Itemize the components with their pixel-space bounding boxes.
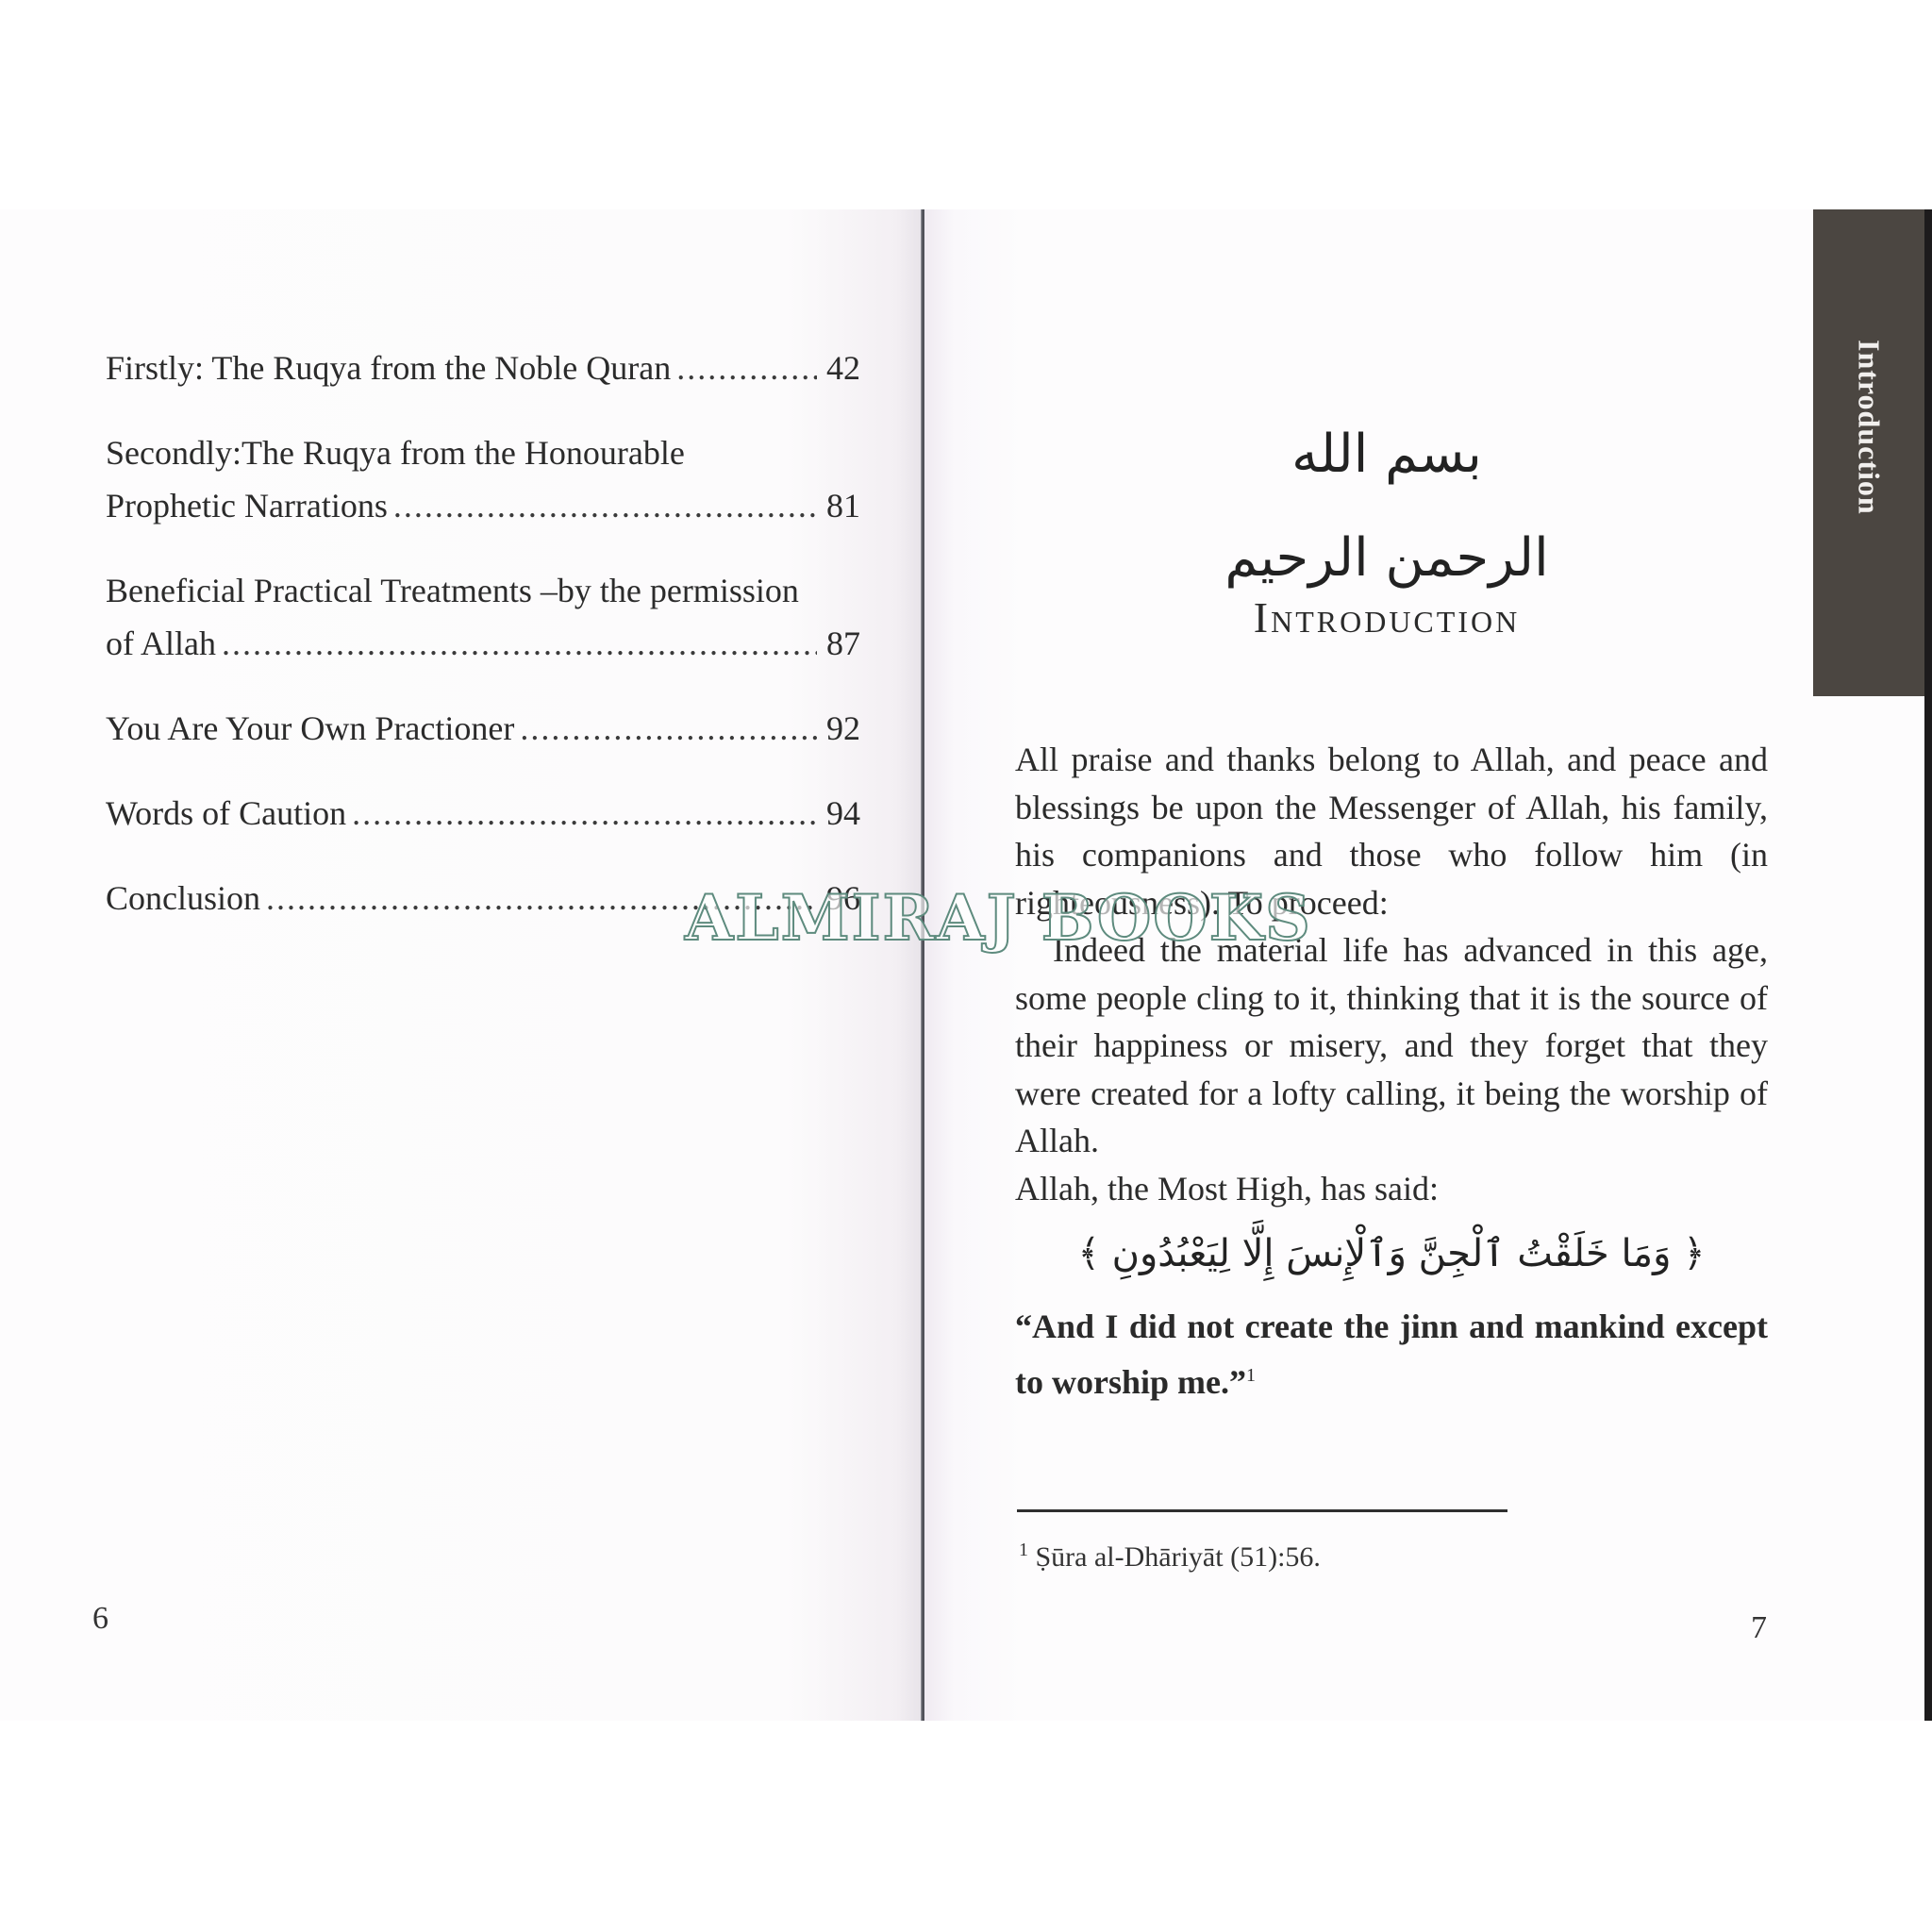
toc-entry: Firstly: The Ruqya from the Noble Quran …: [106, 341, 860, 394]
toc-entry: Beneficial Practical Treatments –by the …: [106, 564, 860, 670]
page-number-left: 6: [92, 1601, 108, 1637]
table-of-contents: Firstly: The Ruqya from the Noble Quran …: [106, 341, 860, 957]
toc-entry-title: Firstly: The Ruqya from the Noble Quran: [106, 341, 671, 394]
toc-entry-title: You Are Your Own Practioner: [106, 702, 514, 755]
toc-entry-title: Conclusion: [106, 872, 260, 924]
dot-leader: [520, 702, 817, 755]
page-number-right: 7: [1751, 1610, 1767, 1646]
paragraph: Allah, the Most High, has said:: [1015, 1165, 1768, 1213]
footnote: 1 Ṣūra al-Dhāriyāt (51):56.: [1019, 1540, 1321, 1574]
page-edge: [1924, 209, 1932, 1721]
footnote-marker: 1: [1019, 1540, 1028, 1560]
footnote-divider: [1017, 1509, 1507, 1512]
side-tab-label: Introduction: [1852, 340, 1887, 515]
toc-page-number: 94: [823, 787, 860, 840]
dot-leader: [676, 341, 817, 394]
toc-page-number: 92: [823, 702, 860, 755]
dot-leader: [393, 479, 817, 532]
chapter-side-tab: Introduction: [1813, 209, 1924, 696]
toc-entry-title: Secondly:The Ruqya from the Honourable: [106, 426, 860, 479]
toc-page-number: 81: [823, 479, 860, 532]
chapter-title: Introduction: [1198, 592, 1575, 642]
quran-verse-arabic: ﴿ وَمَا خَلَقْتُ ٱلْجِنَّ وَٱلْإِنسَ إِل…: [1015, 1232, 1768, 1275]
left-page: Firstly: The Ruqya from the Noble Quran …: [0, 209, 924, 1721]
basmala-calligraphy: بسم الله الرحمن الرحيم: [1217, 403, 1557, 507]
toc-entry: You Are Your Own Practioner 92: [106, 702, 860, 755]
toc-page-number: 42: [823, 341, 860, 394]
dot-leader: [352, 787, 817, 840]
body-text: All praise and thanks belong to Allah, a…: [1015, 736, 1768, 1212]
toc-entry-title: Beneficial Practical Treatments –by the …: [106, 564, 860, 617]
footnote-ref[interactable]: 1: [1246, 1365, 1256, 1386]
toc-entry-title: Words of Caution: [106, 787, 346, 840]
toc-page-number: 87: [823, 617, 860, 670]
toc-entry-title-cont: Prophetic Narrations: [106, 479, 388, 532]
watermark: ALMIRAJ BOOKS: [685, 881, 1312, 955]
verse-translation: “And I did not create the jinn and manki…: [1015, 1302, 1768, 1407]
paragraph: Indeed the material life has advanced in…: [1015, 926, 1768, 1165]
toc-entry: Words of Caution 94: [106, 787, 860, 840]
footnote-text: Ṣūra al-Dhāriyāt (51):56.: [1036, 1541, 1321, 1573]
toc-entry-title-cont: of Allah: [106, 617, 216, 670]
dot-leader: [222, 617, 817, 670]
toc-entry: Secondly:The Ruqya from the Honourable P…: [106, 426, 860, 532]
